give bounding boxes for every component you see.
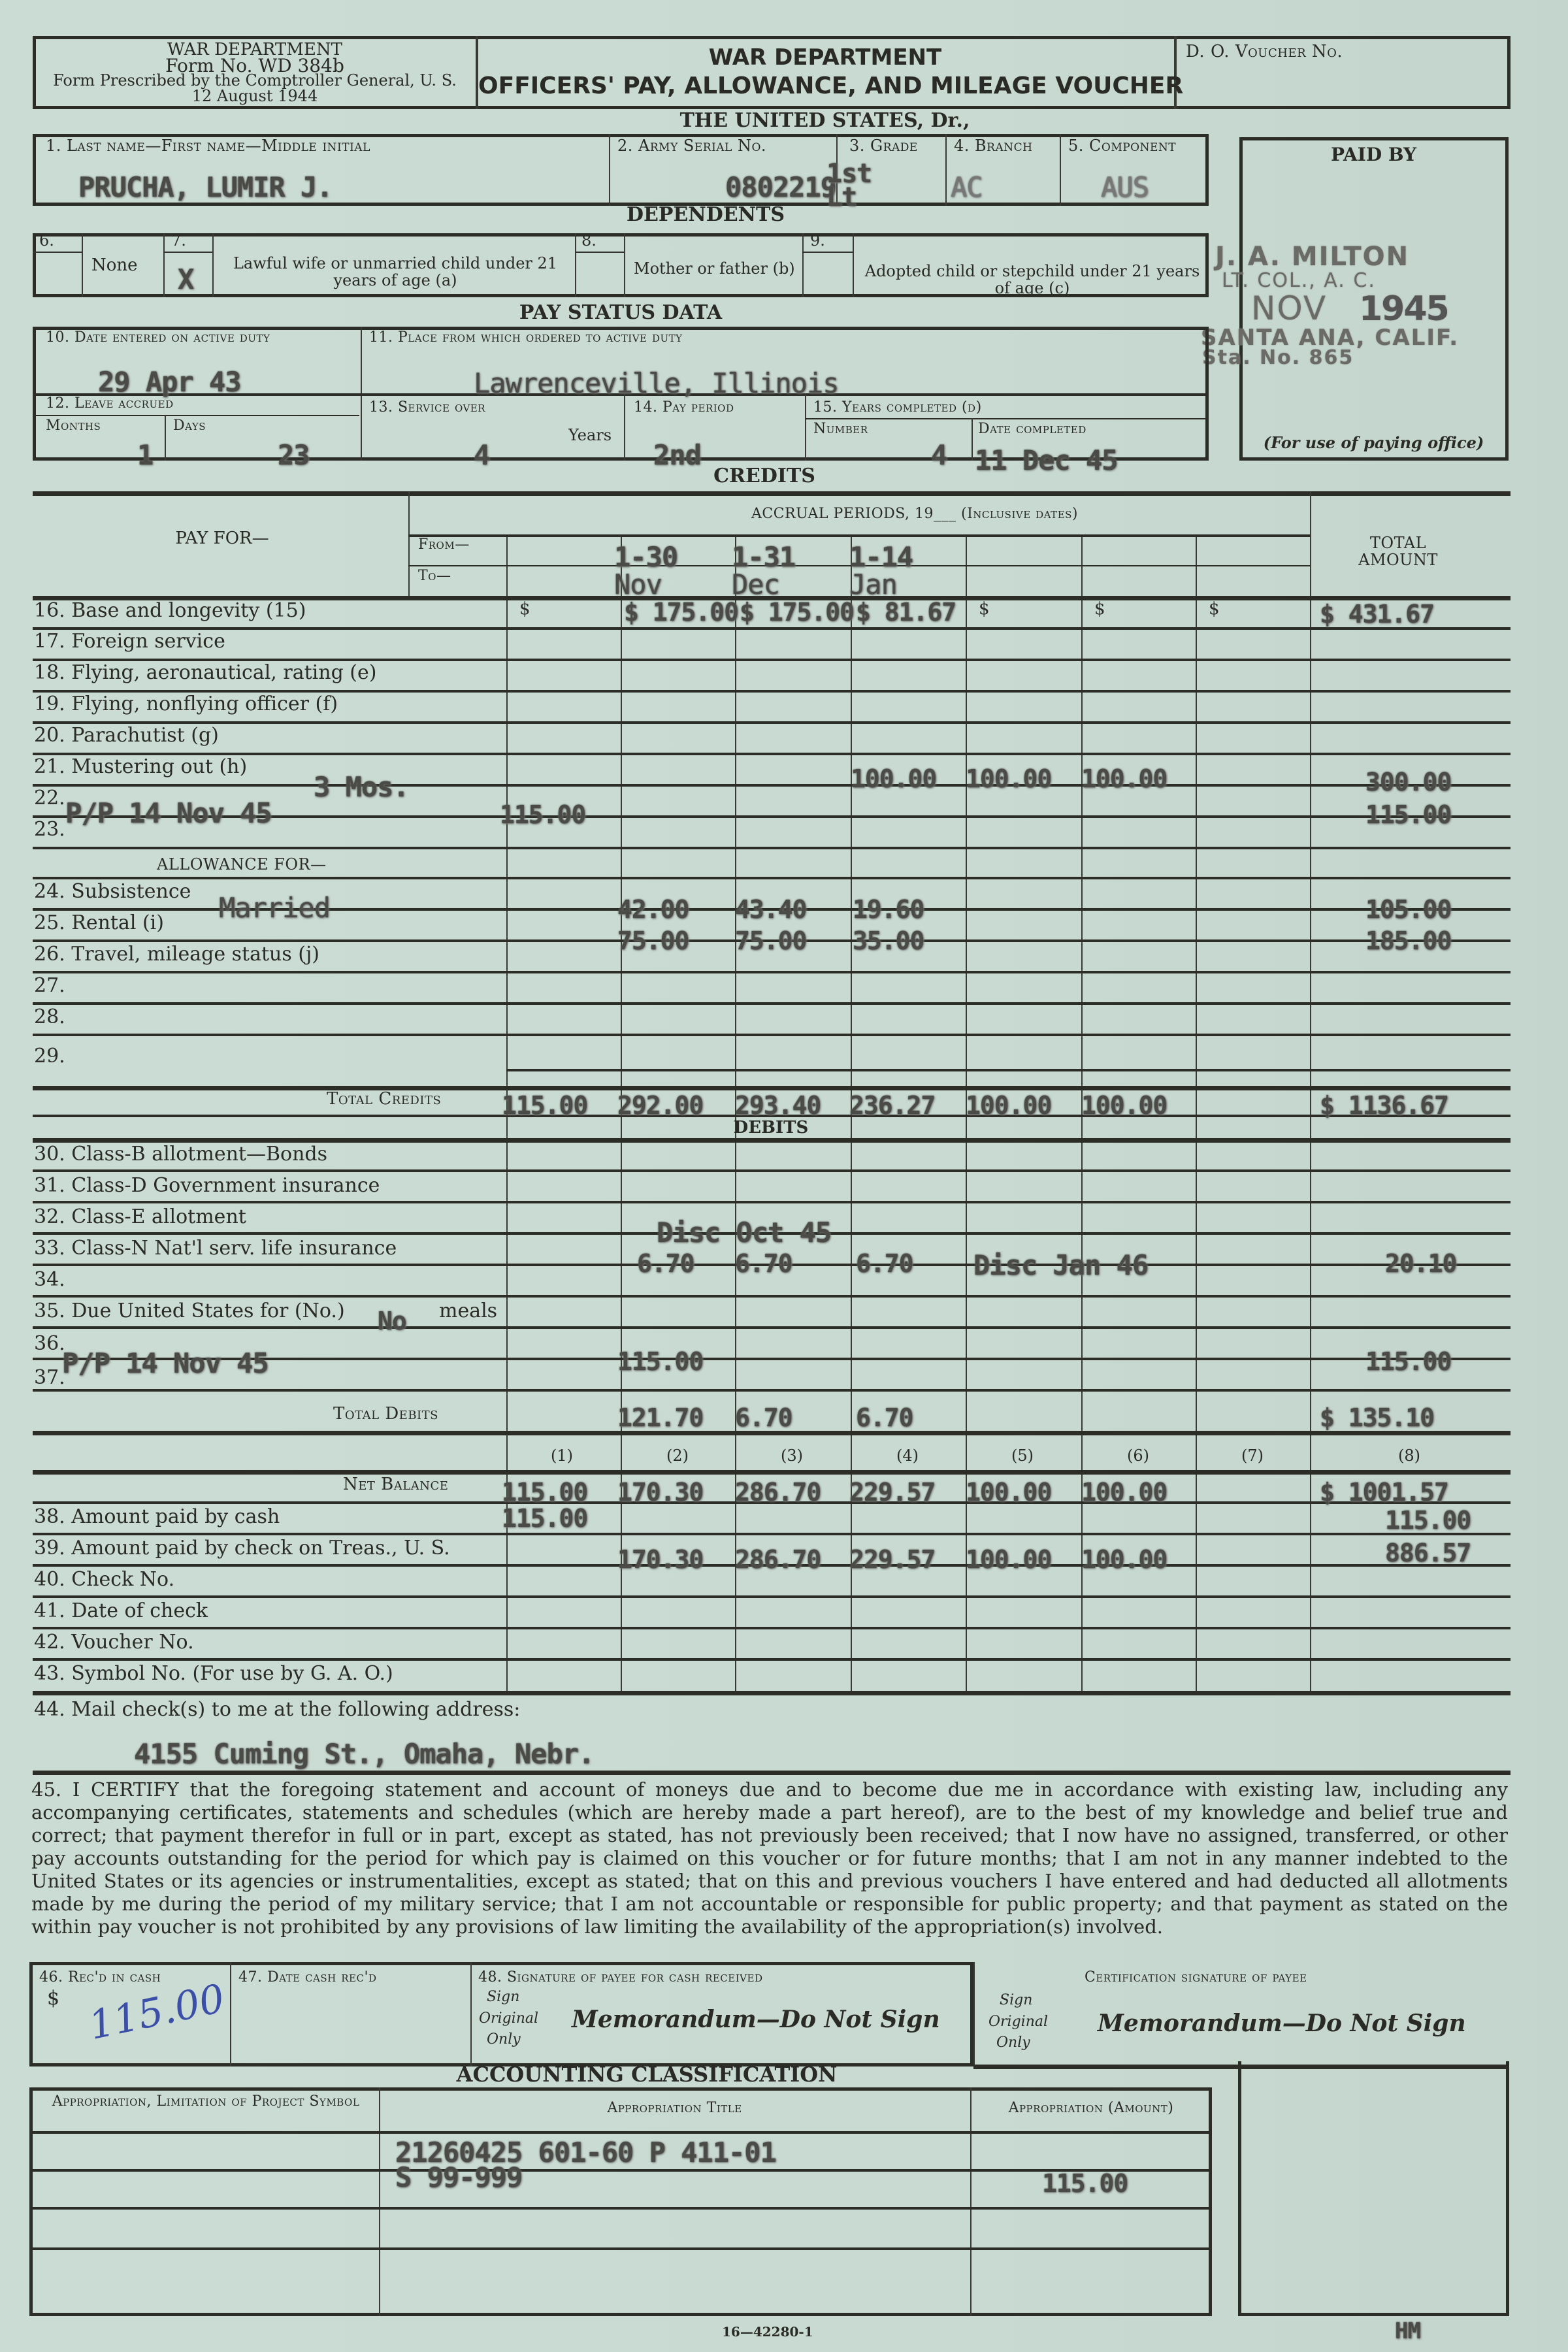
paid-by-stamp-rank: LT. COL., A. C. <box>1222 269 1376 292</box>
row-36-total[interactable]: 115.00 <box>1365 1347 1451 1376</box>
net-balance-total[interactable]: $ 1001.57 <box>1320 1478 1448 1507</box>
dep-8-label: Mother or father (b) <box>634 260 795 277</box>
appropriation-symbol-header: Appropriation, Limitation of Project Sym… <box>39 2094 372 2110</box>
from-label: From— <box>418 537 470 553</box>
col-num-2: (2) <box>666 1447 689 1464</box>
only-label-1: Only <box>487 2032 521 2048</box>
date-entered-field[interactable]: 29 Apr 43 <box>98 366 241 398</box>
date-completed-field[interactable]: 11 Dec 45 <box>975 444 1118 476</box>
row-32-note[interactable]: Disc Oct 45 <box>657 1217 831 1249</box>
row-33-cell-4[interactable]: 6.70 <box>856 1249 913 1278</box>
form-code: 16—42280-1 <box>722 2325 813 2339</box>
period-3-to[interactable]: Dec <box>732 568 779 600</box>
row-22-label: 22. <box>34 787 65 809</box>
dep-7-num: 7. <box>171 232 186 249</box>
row-40-label: 40. Check No. <box>34 1569 174 1590</box>
net-balance-cell-3[interactable]: 286.70 <box>735 1478 821 1507</box>
serial-field[interactable]: 0802219 <box>725 171 836 203</box>
total-credits-cell-5[interactable]: 100.00 <box>966 1091 1051 1120</box>
col-num-6: (6) <box>1127 1447 1149 1464</box>
row-25-cell-3[interactable]: 75.00 <box>735 926 806 955</box>
row-31-label: 31. Class-D Government insurance <box>34 1175 380 1196</box>
total-debits-label: Total Debits <box>333 1405 438 1424</box>
row-23-label: 23. <box>34 819 65 840</box>
row-21-label: 21. Mustering out (h) <box>34 756 247 777</box>
row-35-meals-count[interactable]: No <box>378 1307 406 1335</box>
total-debits-cell-4[interactable]: 6.70 <box>856 1403 913 1432</box>
row-22-note[interactable]: P/P 14 Nov 45 <box>65 797 272 829</box>
row-33-note[interactable]: Disc Jan 46 <box>973 1249 1148 1281</box>
row-21-note[interactable]: 3 Mos. <box>314 771 409 803</box>
accounting-title: ACCOUNTING CLASSIFICATION <box>327 2063 967 2086</box>
paid-by-stamp-station: Sta. No. 865 <box>1202 346 1354 369</box>
row-30-label: 30. Class-B allotment—Bonds <box>34 1143 327 1165</box>
dep-7-checkbox[interactable]: X <box>178 263 193 295</box>
pay-period-label: 14. Pay period <box>634 400 734 416</box>
row-34-label: 34. <box>34 1269 65 1290</box>
date-entered-label: 10. Date entered on active duty <box>46 330 270 346</box>
row-24-note[interactable]: Married <box>219 892 330 924</box>
row-36-label: 36. <box>34 1333 65 1354</box>
row-42-label: 42. Voucher No. <box>34 1631 194 1653</box>
date-cash-label: 47. Date cash rec'd <box>238 1970 377 1985</box>
service-field[interactable]: 4 <box>474 439 489 471</box>
row-33-cell-3[interactable]: 6.70 <box>735 1249 792 1278</box>
sign-label-1: Sign <box>487 1989 519 2005</box>
row-24-cell-2[interactable]: 42.00 <box>617 895 689 924</box>
row-38-total[interactable]: 115.00 <box>1385 1506 1471 1535</box>
col-num-1: (1) <box>551 1447 573 1464</box>
row-17-label: 17. Foreign service <box>34 630 225 652</box>
place-field[interactable]: Lawrenceville, Illinois <box>474 367 839 399</box>
row-20-label: 20. Parachutist (g) <box>34 725 219 746</box>
row-33-label: 33. Class-N Nat'l serv. life insurance <box>34 1237 397 1259</box>
row-16-cell-4[interactable]: $ 81.67 <box>856 598 956 627</box>
total-credits-cell-6[interactable]: 100.00 <box>1081 1091 1167 1120</box>
accounting-table <box>29 2087 1212 2316</box>
row-16-cell-7: $ <box>1209 600 1220 619</box>
paid-by-stamp-name: J. A. MILTON <box>1215 242 1409 272</box>
initials: HM <box>1395 2318 1420 2344</box>
dep-9-num: 9. <box>810 232 825 249</box>
name-label: 1. Last name—First name—Middle initial <box>46 137 370 154</box>
net-balance-cell-5[interactable]: 100.00 <box>966 1478 1051 1507</box>
mail-label: 44. Mail check(s) to me at the following… <box>34 1699 520 1720</box>
net-balance-cell-6[interactable]: 100.00 <box>1081 1478 1167 1507</box>
row-16-label: 16. Base and longevity (15) <box>34 600 306 621</box>
serial-label: 2. Army Serial No. <box>617 137 766 154</box>
row-38-label: 38. Amount paid by cash <box>34 1506 280 1527</box>
row-24-label: 24. Subsistence <box>34 881 191 902</box>
row-25-label: 25. Rental (i) <box>34 912 164 934</box>
paid-by-footer: (For use of paying office) <box>1241 434 1506 451</box>
total-credits-cell-1[interactable]: 115.00 <box>502 1091 587 1120</box>
dep-6-label: None <box>91 256 138 275</box>
col-num-3: (3) <box>781 1447 803 1464</box>
memorandum-signature-1: Memorandum—Do Not Sign <box>572 2007 940 2033</box>
row-35-suffix: meals <box>439 1300 497 1322</box>
row-16-cell-2[interactable]: $ 175.00 <box>624 598 738 627</box>
original-label-2: Original <box>988 2014 1048 2030</box>
to-label: To— <box>418 568 451 584</box>
col-num-4: (4) <box>896 1447 919 1464</box>
period-4-to[interactable]: Jan <box>849 568 897 600</box>
row-39-cell-5[interactable]: 100.00 <box>966 1545 1051 1574</box>
row-22-cell-1[interactable]: 115.00 <box>500 800 585 829</box>
row-25-total[interactable]: 185.00 <box>1365 926 1451 955</box>
recd-cash-label: 46. Rec'd in cash <box>39 1970 161 1985</box>
row-21-cell-6[interactable]: 100.00 <box>1081 764 1167 793</box>
appropriation-title-header: Appropriation Title <box>382 2100 967 2116</box>
row-26-label: 26. Travel, mileage status (j) <box>34 943 319 965</box>
row-28-label: 28. <box>34 1006 65 1028</box>
leave-label: 12. Leave accrued <box>46 396 174 412</box>
row-35-label: 35. Due United States for (No.) <box>34 1300 345 1322</box>
paid-by-title: PAID BY <box>1241 145 1506 165</box>
period-2-to[interactable]: Nov <box>614 568 662 600</box>
united-states-dr: THE UNITED STATES, Dr., <box>477 110 1173 131</box>
months-field[interactable]: 1 <box>137 439 153 471</box>
row-25-cell-4[interactable]: 35.00 <box>853 926 924 955</box>
memorandum-signature-2: Memorandum—Do Not Sign <box>1098 2011 1466 2037</box>
row-21-cell-5[interactable]: 100.00 <box>966 764 1051 793</box>
row-27-label: 27. <box>34 975 65 996</box>
total-credits-cell-3[interactable]: 293.40 <box>735 1091 821 1120</box>
row-33-cell-2[interactable]: 6.70 <box>637 1249 694 1278</box>
row-16-cell-1: $ <box>519 600 531 619</box>
grade-label: 3. Grade <box>849 137 918 154</box>
appropriation-amount-field[interactable]: 115.00 <box>1042 2169 1128 2198</box>
row-19-label: 19. Flying, nonflying officer (f) <box>34 693 338 715</box>
appropriation-title-line2[interactable]: S 99-999 <box>395 2161 522 2193</box>
certification-text: 45. I CERTIFY that the foregoing stateme… <box>31 1778 1508 1938</box>
months-label: Months <box>46 418 101 434</box>
total-credits-cell-4[interactable]: 236.27 <box>849 1091 935 1120</box>
row-16-total[interactable]: $ 431.67 <box>1320 600 1434 629</box>
mail-address-field[interactable]: 4155 Cuming St., Omaha, Nebr. <box>134 1738 594 1770</box>
days-field[interactable]: 23 <box>278 439 310 471</box>
total-debits-cell-2[interactable]: 121.70 <box>617 1403 703 1432</box>
date-completed-label: Date completed <box>978 421 1086 437</box>
total-debits-total[interactable]: $ 135.10 <box>1320 1403 1434 1432</box>
row-33-total[interactable]: 20.10 <box>1385 1249 1456 1278</box>
row-24-cell-4[interactable]: 19.60 <box>853 895 924 924</box>
net-balance-label: Net Balance <box>343 1475 448 1494</box>
row-39-cell-6[interactable]: 100.00 <box>1081 1545 1167 1574</box>
paid-by-stamp-year: 1945 <box>1359 289 1448 329</box>
col-num-5: (5) <box>1011 1447 1034 1464</box>
total-credits-total[interactable]: $ 1136.67 <box>1320 1091 1448 1120</box>
appropriation-amount-header: Appropriation (Amount) <box>973 2100 1209 2116</box>
col-num-8: (8) <box>1398 1447 1420 1464</box>
title-line1: WAR DEPARTMENT <box>478 46 1172 70</box>
row-29-label: 29. <box>34 1045 65 1067</box>
row-22-total[interactable]: 115.00 <box>1365 800 1451 829</box>
net-balance-cell-4[interactable]: 229.57 <box>849 1478 935 1507</box>
form-date: 12 August 1944 <box>36 88 474 105</box>
original-label-1: Original <box>479 2011 538 2027</box>
row-16-cell-3[interactable]: $ 175.00 <box>740 598 854 627</box>
recd-cash-dollar: $ <box>47 1987 59 2009</box>
net-balance-cell-2[interactable]: 170.30 <box>617 1478 703 1507</box>
row-39-cell-4[interactable]: 229.57 <box>849 1545 935 1574</box>
pay-for-header: PAY FOR— <box>39 529 405 548</box>
total-amount-header: TOTAL AMOUNT <box>1333 534 1463 568</box>
row-18-label: 18. Flying, aeronautical, rating (e) <box>34 662 376 683</box>
allowance-header: ALLOWANCE FOR— <box>157 856 327 873</box>
dep-9-label: Adopted child or stepchild under 21 year… <box>856 263 1209 297</box>
place-label: 11. Place from which ordered to active d… <box>369 330 683 346</box>
sign-label-2: Sign <box>1000 1993 1032 2008</box>
name-field[interactable]: PRUCHA, LUMIR J. <box>78 171 333 203</box>
number-field[interactable]: 4 <box>931 439 947 471</box>
cert-sig-label: Certification signature of payee <box>1085 1970 1307 1985</box>
pay-status-title: PAY STATUS DATA <box>457 302 784 323</box>
row-39-cell-3[interactable]: 286.70 <box>735 1545 821 1574</box>
dep-7-label: Lawful wife or unmarried child under 21 … <box>219 255 572 289</box>
dep-6-num: 6. <box>39 232 54 249</box>
accrual-header: ACCRUAL PERIODS, 19___ (Inclusive dates) <box>523 506 1307 522</box>
accounting-side-box <box>1238 2061 1509 2316</box>
row-16-cell-6: $ <box>1094 600 1105 619</box>
dep-8-num: 8. <box>581 232 596 249</box>
voucher-no-label: D. O. Voucher No. <box>1186 42 1343 61</box>
row-16-cell-5: $ <box>979 600 990 619</box>
component-label: 5. Component <box>1068 137 1176 154</box>
days-label: Days <box>173 418 206 434</box>
total-credits-cell-2[interactable]: 292.00 <box>617 1091 703 1120</box>
only-label-2: Only <box>996 2035 1030 2051</box>
col-num-7: (7) <box>1241 1447 1264 1464</box>
total-debits-cell-3[interactable]: 6.70 <box>735 1403 792 1432</box>
debits-title: DEBITS <box>706 1119 836 1137</box>
row-21-cell-4[interactable]: 100.00 <box>851 764 936 793</box>
row-24-total[interactable]: 105.00 <box>1365 895 1451 924</box>
payee-sig-label: 48. Signature of payee for cash received <box>478 1970 762 1985</box>
number-label: Number <box>813 421 868 437</box>
row-36-cell-2[interactable]: 115.00 <box>617 1347 703 1376</box>
row-38-cell-1[interactable]: 115.00 <box>502 1504 587 1533</box>
row-41-label: 41. Date of check <box>34 1600 208 1622</box>
row-39-label: 39. Amount paid by check on Treas., U. S… <box>34 1537 450 1559</box>
years-completed-label: 15. Years completed (d) <box>813 400 982 416</box>
voucher-page: WAR DEPARTMENT Form No. WD 384b Form Pre… <box>0 0 1568 2352</box>
dependents-title: DEPENDENTS <box>575 204 836 225</box>
row-36-note[interactable]: P/P 14 Nov 45 <box>62 1347 269 1379</box>
branch-label: 4. Branch <box>954 137 1032 154</box>
component-field[interactable]: AUS <box>1101 171 1149 203</box>
years-label: Years <box>568 427 612 444</box>
net-balance-cell-1[interactable]: 115.00 <box>502 1478 587 1507</box>
row-37-label: 37. <box>34 1367 65 1388</box>
service-label: 13. Service over <box>369 400 485 416</box>
branch-field[interactable]: AC <box>951 171 983 203</box>
row-39-cell-2[interactable]: 170.30 <box>617 1545 703 1574</box>
row-39-total[interactable]: 886.57 <box>1385 1539 1471 1567</box>
row-43-label: 43. Symbol No. (For use by G. A. O.) <box>34 1663 393 1684</box>
row-32-label: 32. Class-E allotment <box>34 1206 246 1228</box>
row-25-cell-2[interactable]: 75.00 <box>617 926 689 955</box>
row-21-total[interactable]: 300.00 <box>1365 768 1451 796</box>
row-24-cell-3[interactable]: 43.40 <box>735 895 806 924</box>
credits-title: CREDITS <box>686 465 843 487</box>
paid-by-stamp-month: NOV <box>1251 289 1327 327</box>
grade-field[interactable]: 1st Lt <box>826 162 892 209</box>
total-credits-label: Total Credits <box>327 1090 441 1109</box>
page-title: OFFICERS' PAY, ALLOWANCE, AND MILEAGE VO… <box>478 73 1172 99</box>
